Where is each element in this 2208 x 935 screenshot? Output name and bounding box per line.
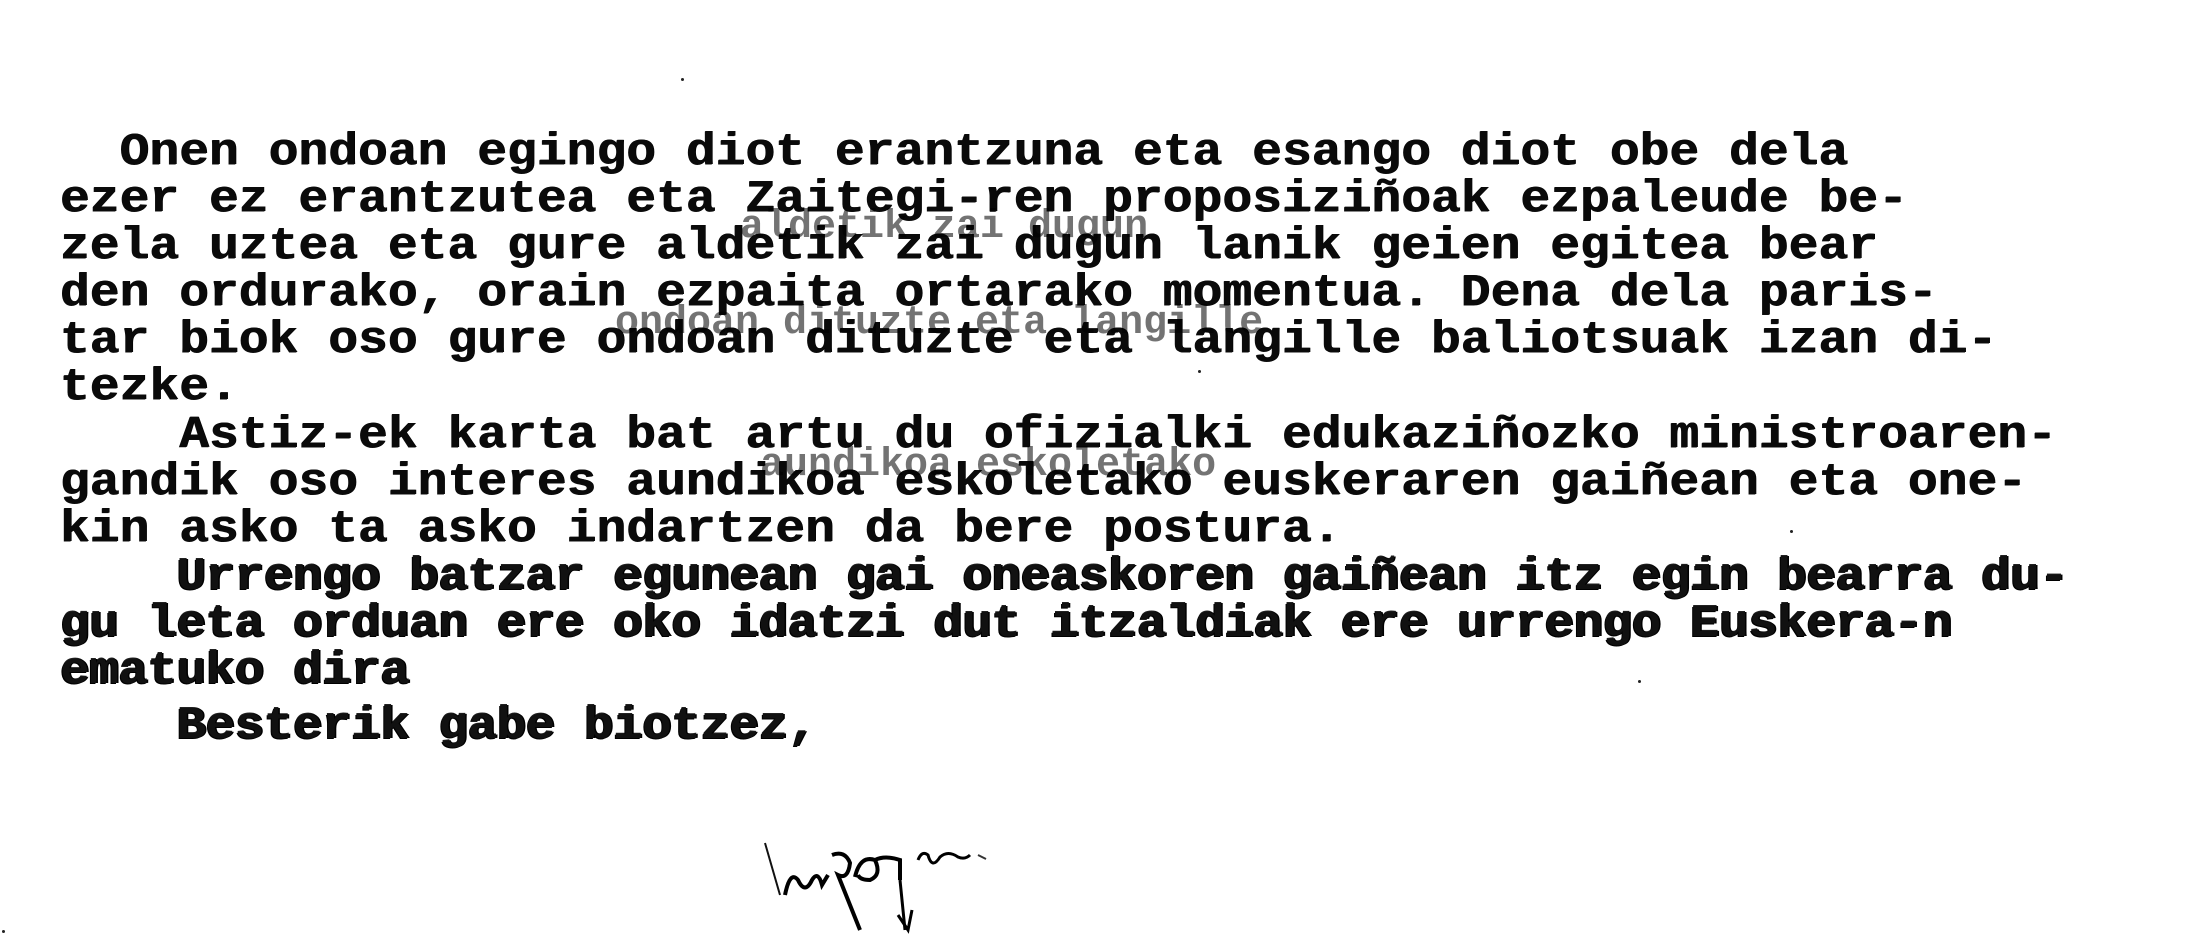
text-line-smudged: Urrengo batzar egunean gai oneaskoren ga…: [60, 555, 2068, 601]
closing-line: Besterik gabe biotzez,: [60, 704, 817, 750]
text-line: Onen ondoan egingo diot erantzuna eta es…: [60, 130, 1848, 176]
paper-speck: [681, 78, 684, 81]
overtype-ghost: ondoan dituzte eta langille: [615, 304, 1263, 344]
letter-page: Onen ondoan egingo diot erantzuna eta es…: [0, 0, 2208, 935]
paper-speck: [2, 930, 5, 933]
text-line: tezke.: [60, 365, 239, 411]
paper-speck: [1198, 370, 1201, 373]
text-line-smudged: ematuko dira: [60, 649, 409, 695]
overtype-ghost: aldetik zai dugun: [740, 208, 1148, 248]
text-line: kin asko ta asko indartzen da bere postu…: [60, 507, 1342, 553]
paper-speck: [1790, 530, 1793, 533]
handwritten-signature: [760, 835, 1020, 935]
paper-speck: [1638, 680, 1641, 683]
overtype-ghost: aundikoa eskoletako: [760, 446, 1216, 486]
text-line-smudged: gu leta orduan ere oko idatzi dut itzald…: [60, 602, 1952, 648]
